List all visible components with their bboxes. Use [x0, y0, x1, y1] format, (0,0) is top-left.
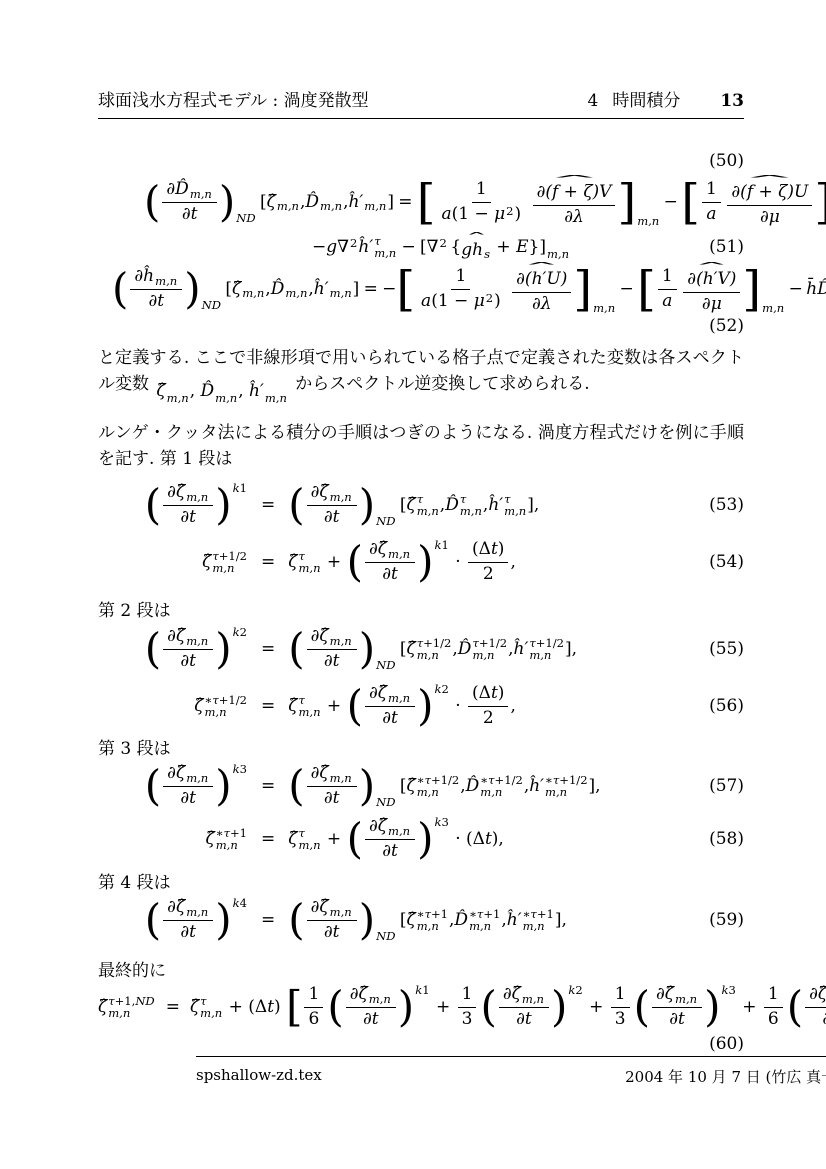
- equation-lhs: ζ̂∗τ+1m,n: [98, 827, 248, 852]
- equation-58: ζ̂∗τ+1m,n = ζ̂τm,n + (∂ζ̂m,n∂t)k3 · (Δt)…: [98, 814, 744, 864]
- paragraph-definition: と定義する. ここで非線形項で用いられている格子点で定義された変数は各スペクトル…: [98, 345, 744, 404]
- equation-rhs: (∂ζ̂m,n∂t)ND[ζ̂τ+1/2m,n,D̂τ+1/2m,n,ĥ′τ+1…: [288, 626, 577, 671]
- equals-sign: =: [156, 997, 190, 1017]
- header-section-title: 時間積分: [612, 86, 680, 111]
- equals-sign: =: [248, 776, 288, 796]
- equation-number: (57): [709, 776, 744, 796]
- equation-54: ζ̂τ+1/2m,n = ζ̂τm,n + (∂ζ̂m,n∂t)k1 · (Δt…: [98, 534, 744, 590]
- page-header: 球面浅水方程式モデル : 渦度発散型 4 時間積分 13: [98, 86, 744, 119]
- equation-math: (∂ĥm,n∂t)ND[ζ̂m,n,D̂m,n,ĥ′m,n]=−[1a(1 − …: [112, 263, 826, 314]
- stage-2-label: 第 2 段は: [98, 596, 744, 620]
- equation-56: ζ̂∗τ+1/2m,n = ζ̂τm,n + (∂ζ̂m,n∂t)k2 · (Δ…: [98, 678, 744, 734]
- footer-filename: spshallow-zd.tex: [196, 1066, 322, 1087]
- equation-number: (52): [709, 316, 744, 336]
- equals-sign: =: [248, 639, 288, 659]
- equals-sign: =: [248, 495, 288, 515]
- equation-60-number-line: (60): [98, 1034, 744, 1054]
- footer-date: 2004 年 10 月 7 日 (竹広 真一): [625, 1066, 826, 1087]
- equation-number: (60): [709, 1034, 744, 1054]
- equation-lhs: ζ̂τ+1,NDm,n: [98, 995, 156, 1020]
- header-page-number: 13: [720, 91, 744, 111]
- equation-rhs: ζ̂τm,n + (∂ζ̂m,n∂t)k2 · (Δt)2,: [288, 683, 516, 728]
- header-section-number: 4: [588, 91, 599, 111]
- equation-number: (50): [709, 151, 744, 171]
- equation-60: ζ̂τ+1,NDm,n = ζ̂τm,n + (Δt) [16(∂ζ̂m,n∂t…: [98, 980, 744, 1034]
- equation-rhs: (∂ζ̂m,n∂t)ND[ζ̂τm,n,D̂τm,n,ĥ′τm,n],: [288, 482, 539, 527]
- equation-number: (51): [709, 237, 744, 257]
- header-title: 球面浅水方程式モデル : 渦度発散型: [98, 86, 369, 111]
- equals-sign: =: [248, 829, 288, 849]
- equation-rhs: (∂ζ̂m,n∂t)ND[ζ̂∗τ+1/2m,n,D̂∗τ+1/2m,n,ĥ′∗…: [288, 763, 600, 808]
- final-label: 最終的に: [98, 956, 744, 980]
- equation-lhs: (∂ζ̂m,n∂t)k1: [98, 482, 248, 527]
- equation-rhs: ζ̂τm,n + (Δt) [16(∂ζ̂m,n∂t)k1 + 13(∂ζ̂m,…: [190, 984, 826, 1029]
- equation-rhs: (∂ζ̂m,n∂t)ND[ζ̂∗τ+1m,n,D̂∗τ+1m,n,ĥ′∗τ+1m…: [288, 897, 567, 942]
- equation-51-line1: (∂D̂m,n∂t)ND[ζ̂m,n,D̂m,n,ĥ′m,n]=[1a(1 − …: [98, 173, 744, 231]
- paragraph-runge-kutta: ルンゲ・クッタ法による積分の手順はつぎのようになる. 渦度方程式だけを例に手順を…: [98, 420, 744, 472]
- inline-math-spectral-variables: ζ̂m,n, D̂m,n, ĥ′m,n: [156, 378, 287, 404]
- page-body: (50) (∂D̂m,n∂t)ND[ζ̂m,n,D̂m,n,ĥ′m,n]=[1a…: [98, 149, 744, 1054]
- equation-lhs: (∂ζ̂m,n∂t)k3: [98, 763, 248, 808]
- equation-number: (55): [709, 639, 744, 659]
- equation-math: (∂D̂m,n∂t)ND[ζ̂m,n,D̂m,n,ĥ′m,n]=[1a(1 − …: [144, 176, 826, 227]
- equals-sign: =: [248, 696, 288, 716]
- paper-page: 球面浅水方程式モデル : 渦度発散型 4 時間積分 13 (50) (∂D̂m,…: [0, 0, 826, 1169]
- equation-53: (∂ζ̂m,n∂t)k1 = (∂ζ̂m,n∂t)ND[ζ̂τm,n,D̂τm,…: [98, 476, 744, 534]
- stage-4-label: 第 4 段は: [98, 868, 744, 892]
- equation-55: (∂ζ̂m,n∂t)k2 = (∂ζ̂m,n∂t)ND[ζ̂τ+1/2m,n,D…: [98, 620, 744, 678]
- equation-number: (54): [709, 552, 744, 572]
- page-footer: spshallow-zd.tex 2004 年 10 月 7 日 (竹広 真一): [196, 1056, 826, 1087]
- equals-sign: =: [248, 552, 288, 572]
- equation-rhs: ζ̂τm,n + (∂ζ̂m,n∂t)k1 · (Δt)2,: [288, 539, 516, 584]
- equation-lhs: (∂ζ̂m,n∂t)k2: [98, 626, 248, 671]
- paragraph-text: ルンゲ・クッタ法による積分の手順はつぎのようになる. 渦度方程式だけを例に手順を…: [98, 423, 744, 469]
- equation-51-line2: −g∇2ĥ′τm,n−[∇2{ˆghs + E}]m,n (51): [98, 231, 744, 263]
- equation-number: (59): [709, 910, 744, 930]
- equals-sign: =: [248, 910, 288, 930]
- equation-math: −g∇2ĥ′τm,n−[∇2{ˆghs + E}]m,n: [312, 234, 570, 260]
- equation-52-number-line: (52): [98, 315, 744, 337]
- stage-3-label: 第 3 段は: [98, 734, 744, 758]
- equation-50: (50): [98, 149, 744, 173]
- equation-57: (∂ζ̂m,n∂t)k3 = (∂ζ̂m,n∂t)ND[ζ̂∗τ+1/2m,n,…: [98, 758, 744, 814]
- equation-lhs: (∂ζ̂m,n∂t)k4: [98, 897, 248, 942]
- equation-number: (56): [709, 696, 744, 716]
- equation-52: (∂ĥm,n∂t)ND[ζ̂m,n,D̂m,n,ĥ′m,n]=−[1a(1 − …: [98, 263, 744, 315]
- equation-59: (∂ζ̂m,n∂t)k4 = (∂ζ̂m,n∂t)ND[ζ̂∗τ+1m,n,D̂…: [98, 892, 744, 948]
- equation-lhs: ζ̂∗τ+1/2m,n: [98, 694, 248, 719]
- equation-lhs: ζ̂τ+1/2m,n: [98, 550, 248, 575]
- equation-number: (58): [709, 829, 744, 849]
- paragraph-text: からスペクトル逆変換して求められる.: [290, 374, 590, 394]
- equation-rhs: ζ̂τm,n + (∂ζ̂m,n∂t)k3 · (Δt),: [288, 816, 504, 861]
- equation-number: (53): [709, 495, 744, 515]
